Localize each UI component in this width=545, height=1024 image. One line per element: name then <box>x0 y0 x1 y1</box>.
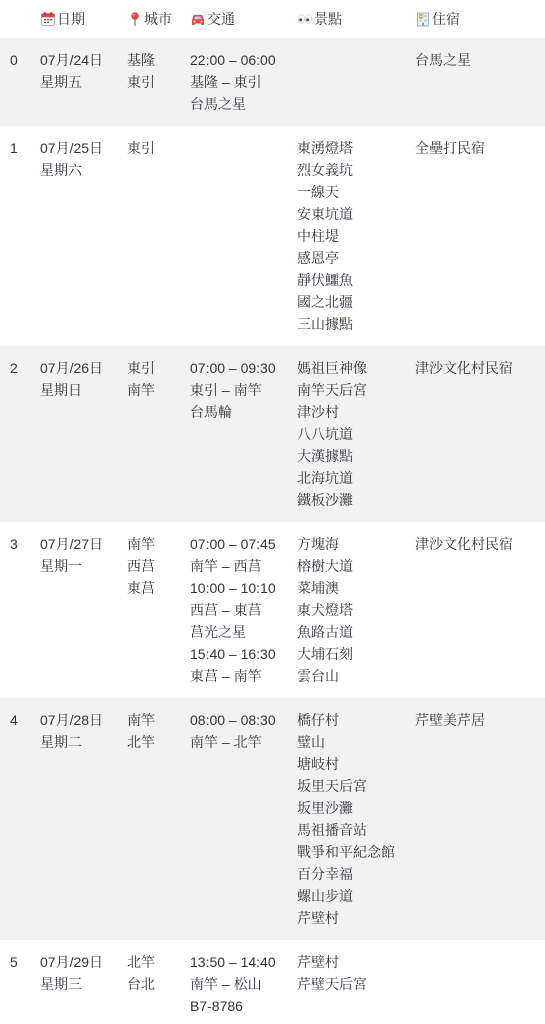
cell-lodging <box>415 951 535 1017</box>
cell-date: 07月/29日 星期三 <box>40 951 127 1017</box>
column-header-label: 景點 <box>314 11 342 27</box>
column-header-label: 交通 <box>207 11 235 27</box>
cell-date: 07月/25日 星期六 <box>40 137 127 335</box>
table-body: 007月/24日 星期五基隆 東引22:00 – 06:00 基隆 – 東引 台… <box>0 38 545 1024</box>
cell-sights <box>297 49 415 115</box>
cell-lodging: 津沙文化村民宿 <box>415 357 535 511</box>
cell-transport: 07:00 – 07:45 南竿 – 西莒 10:00 – 10:10 西莒 –… <box>190 533 297 687</box>
cell-transport <box>190 137 297 335</box>
cell-sights: 橋仔村 璧山 塘岐村 坂里天后宮 坂里沙灘 馬祖播音站 戰爭和平紀念館 百分幸福… <box>297 709 415 929</box>
cell-date: 07月/24日 星期五 <box>40 49 127 115</box>
cell-city: 東引 <box>127 137 190 335</box>
itinerary-table: 日期城市交通景點住宿 007月/24日 星期五基隆 東引22:00 – 06:0… <box>0 0 545 1024</box>
column-header-lodging: 住宿 <box>415 9 535 29</box>
eyes-icon <box>297 11 313 27</box>
cell-sights: 方塊海 榕樹大道 菜埔澳 東犬燈塔 魚路古道 大埔石刻 雲台山 <box>297 533 415 687</box>
cell-sights: 芹壁村 芹壁天后宮 <box>297 951 415 1017</box>
table-row: 307月/27日 星期一南竿 西莒 東莒07:00 – 07:45 南竿 – 西… <box>0 522 545 698</box>
column-header-label: 城市 <box>144 11 172 27</box>
table-row: 407月/28日 星期二南竿 北竿08:00 – 08:30 南竿 – 北竿橋仔… <box>0 698 545 940</box>
cell-lodging: 台馬之星 <box>415 49 535 115</box>
cell-city: 北竿 台北 <box>127 951 190 1017</box>
cell-date: 07月/26日 星期日 <box>40 357 127 511</box>
cell-index: 2 <box>10 357 40 511</box>
cell-index: 0 <box>10 49 40 115</box>
cell-city: 南竿 西莒 東莒 <box>127 533 190 687</box>
pin-icon <box>127 11 143 27</box>
cell-city: 南竿 北竿 <box>127 709 190 929</box>
column-header-date: 日期 <box>40 9 127 29</box>
cell-lodging: 全壘打民宿 <box>415 137 535 335</box>
cell-index: 5 <box>10 951 40 1017</box>
cell-index: 4 <box>10 709 40 929</box>
table-row: 507月/29日 星期三北竿 台北13:50 – 14:40 南竿 – 松山 B… <box>0 940 545 1024</box>
cell-city: 東引 南竿 <box>127 357 190 511</box>
cell-date: 07月/28日 星期二 <box>40 709 127 929</box>
table-row: 007月/24日 星期五基隆 東引22:00 – 06:00 基隆 – 東引 台… <box>0 38 545 126</box>
column-header-transport: 交通 <box>190 9 297 29</box>
table-row: 207月/26日 星期日東引 南竿07:00 – 09:30 東引 – 南竿 台… <box>0 346 545 522</box>
column-header-sights: 景點 <box>297 9 415 29</box>
column-header-label: 日期 <box>57 11 85 27</box>
cell-transport: 22:00 – 06:00 基隆 – 東引 台馬之星 <box>190 49 297 115</box>
column-header-label: 住宿 <box>432 11 460 27</box>
cell-transport: 07:00 – 09:30 東引 – 南竿 台馬輪 <box>190 357 297 511</box>
cell-city: 基隆 東引 <box>127 49 190 115</box>
calendar-icon <box>40 11 56 27</box>
car-icon <box>190 11 206 27</box>
cell-sights: 東湧燈塔 烈女義坑 一線天 安東坑道 中柱堤 感恩亭 靜伏鱷魚 國之北疆 三山據… <box>297 137 415 335</box>
cell-sights: 媽祖巨神像 南竿天后宮 津沙村 八八坑道 大漢據點 北海坑道 鐵板沙灘 <box>297 357 415 511</box>
cell-date: 07月/27日 星期一 <box>40 533 127 687</box>
hotel-icon <box>415 11 431 27</box>
table-row: 107月/25日 星期六東引東湧燈塔 烈女義坑 一線天 安東坑道 中柱堤 感恩亭… <box>0 126 545 346</box>
cell-transport: 08:00 – 08:30 南竿 – 北竿 <box>190 709 297 929</box>
cell-lodging: 芹壁美芹居 <box>415 709 535 929</box>
column-header-city: 城市 <box>127 9 190 29</box>
cell-index: 1 <box>10 137 40 335</box>
cell-lodging: 津沙文化村民宿 <box>415 533 535 687</box>
cell-transport: 13:50 – 14:40 南竿 – 松山 B7-8786 <box>190 951 297 1017</box>
cell-index: 3 <box>10 533 40 687</box>
table-header-row: 日期城市交通景點住宿 <box>0 0 545 38</box>
